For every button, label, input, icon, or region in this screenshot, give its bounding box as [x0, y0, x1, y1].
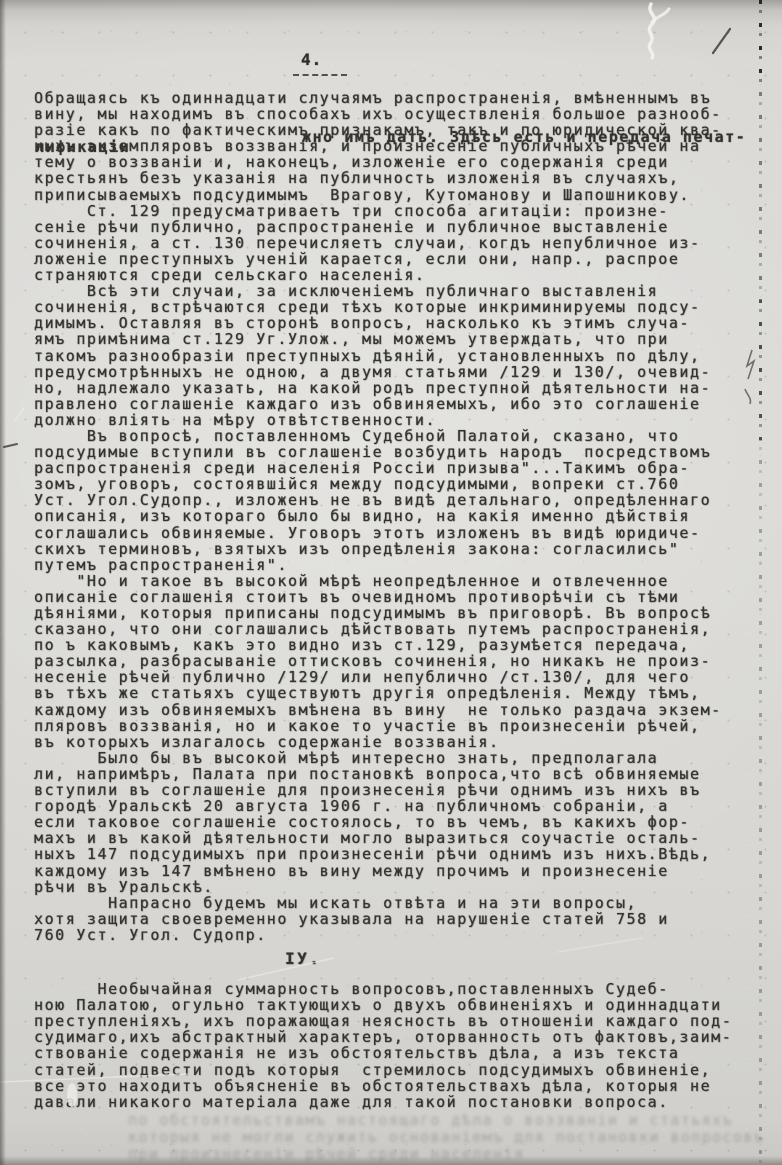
- text-line: рѣчи въ Уральскѣ.: [34, 879, 776, 895]
- text-line: ямъ примѣнима ст.129 Уг.Улож., мы можемъ…: [34, 331, 776, 347]
- text-line: подсудимые вступили въ соглашеніе возбуд…: [34, 444, 776, 460]
- text-line: скихъ терминовъ, взятыхъ изъ опредѣленія…: [34, 541, 776, 557]
- text-line: Въ вопросѣ, поставленномъ Судебной Палат…: [34, 428, 776, 444]
- text-line: Было бы въ высокой мѣрѣ интересно знать,…: [34, 750, 776, 766]
- text-line: по ъ каковымъ, какъ это видно изъ ст.129…: [34, 637, 776, 653]
- text-line: приписываемыхъ подсудимымъ Врагову, Куто…: [34, 187, 776, 203]
- text-line: распространенія среди населенія Россіи п…: [34, 460, 776, 476]
- text-line: пляровъ воззванія, но и какое то участіе…: [34, 718, 776, 734]
- text-line: каждому изъ 147 вмѣнено въ вину между пр…: [34, 863, 776, 879]
- paragraph: Ст. 129 предусматриваетъ три способа аги…: [34, 203, 776, 283]
- paragraph: Необычайная суммарность вопросовъ,постав…: [34, 981, 776, 1110]
- text-line: статей, подвести подъ которыя стремилось…: [34, 1062, 776, 1078]
- text-line: должно вліять на мѣру отвѣтственности.: [34, 412, 776, 428]
- text-line: въ тѣхъ же статьяхъ существуютъ другія о…: [34, 685, 776, 701]
- text-line: Всѣ эти случаи, за исключеніемъ публична…: [34, 283, 776, 299]
- text-line: ложеніе преступныхъ ученій карается, есл…: [34, 251, 776, 267]
- text-line: Необычайная суммарность вопросовъ,постав…: [34, 981, 776, 997]
- text-line: описанія, изъ котораго было бы видно, на…: [34, 508, 776, 524]
- pen-stroke-mark: [713, 29, 730, 53]
- paragraph: "Но и такое въ высокой мѣрѣ неопредѣленн…: [34, 573, 776, 750]
- text-line: сказано, что они соглашались дѣйствовать…: [34, 621, 776, 637]
- text-line: "Но и такое въ высокой мѣрѣ неопредѣленн…: [34, 573, 776, 589]
- text-line: соглашались обвиняемые. Уговоръ этотъ из…: [34, 525, 776, 541]
- text-line: хотя защита своевременно указывала на на…: [34, 911, 776, 927]
- paragraph: Было бы въ высокой мѣрѣ интересно знать,…: [34, 750, 776, 895]
- text-line: зомъ, уговоръ, состоявшійся между подсуд…: [34, 476, 776, 492]
- text-line: разсылка, разбрасываніе оттисковъ сочине…: [34, 653, 776, 669]
- text-line: каждому изъ обвиняемыхъ вмѣнена въ вину …: [34, 702, 776, 718]
- text-line: вступили въ соглашеніе для произнесенія …: [34, 782, 776, 798]
- text-line: Напрасно будемъ мы искать отвѣта и на эт…: [34, 895, 776, 911]
- text-line: Обращаясь къ одиннадцати случаямъ распро…: [34, 90, 776, 106]
- text-line: предусмотрѣнныхъ не одною, а двумя стать…: [34, 364, 776, 380]
- crease-mark: [649, 4, 669, 58]
- text-line: несеніе рѣчей публично /129/ или непубли…: [34, 669, 776, 685]
- paragraph: Обращаясь къ одиннадцати случаямъ распро…: [34, 90, 776, 203]
- text-line: путемъ распространенія".: [34, 557, 776, 573]
- right-edge-dotted-line: [759, 0, 762, 1165]
- text-line: ствованіе содержанія не изъ обстоятельст…: [34, 1045, 776, 1061]
- text-line: ли, напримѣръ, Палата при постановкѣ воп…: [34, 766, 776, 782]
- page-number: 4.: [301, 50, 322, 69]
- text-line: ною Палатою, огульно тактующихъ о двухъ …: [34, 997, 776, 1013]
- text-line: страняются среди сельскаго населенія.: [34, 267, 776, 283]
- text-line: сочиненія, а ст. 130 перечисляетъ случаи…: [34, 235, 776, 251]
- text-line: сеніе рѣчи публично, распространеніе и п…: [34, 219, 776, 235]
- text-line: но, надлежало указать, на какой родъ пре…: [34, 380, 776, 396]
- text-line: разіе какъ по фактическимъ признакамъ, т…: [34, 122, 776, 138]
- text-line: ІУ.: [34, 951, 776, 967]
- text-line: правлено соглашеніе каждаго изъ обвиняем…: [34, 396, 776, 412]
- typewritten-text-flow: Обращаясь къ одиннадцати случаямъ распро…: [34, 90, 776, 1110]
- text-line: описаніе соглашенія стоитъ въ очевидномъ…: [34, 589, 776, 605]
- scanned-document-page: 4. Обращаясь къ одиннадцати случаямъ рас…: [0, 0, 782, 1165]
- text-line: 760 Уст. Угол. Судопр.: [34, 927, 776, 943]
- text-line: димымъ. Оставляя въ сторонѣ вопросъ, нас…: [34, 315, 776, 331]
- text-line: давали никакого матеріала даже для такой…: [34, 1094, 776, 1110]
- text-line: ныхъ экземпляровъ воззванія, и произнесе…: [34, 138, 776, 154]
- text-line: дѣяніями, которыя приписаны подсудимымъ …: [34, 605, 776, 621]
- text-line: вину, мы находимъ въ способахъ ихъ осуще…: [34, 106, 776, 122]
- bleed-through-line: которыя не могли служить основаніемъ для…: [128, 1129, 738, 1146]
- text-line: крестьянъ безъ указанія на публичность и…: [34, 170, 776, 186]
- text-line: Ст. 129 предусматриваетъ три способа аги…: [34, 203, 776, 219]
- text-line: въ которыхъ излагалось содержаніе воззва…: [34, 734, 776, 750]
- text-line: сочиненія, встрѣчаются среди тѣхъ которы…: [34, 299, 776, 315]
- bottom-edge-shadow: [0, 1156, 782, 1165]
- text-line: махъ и въ какой дѣятельности могло выраз…: [34, 830, 776, 846]
- paragraph: Въ вопросѣ, поставленномъ Судебной Палат…: [34, 428, 776, 573]
- bleed-through-line: по обстоятельствамъ настоящаго дѣла о во…: [128, 1112, 738, 1129]
- text-line: все это находитъ объясненіе въ обстоятел…: [34, 1078, 776, 1094]
- paragraph: Всѣ эти случаи, за исключеніемъ публична…: [34, 283, 776, 428]
- left-edge-shadow: [0, 0, 6, 1165]
- scratch-mark: [14, 408, 24, 422]
- page-number-underline: [293, 74, 347, 76]
- text-line: ныхъ 147 подсудимыхъ при произнесеніи рѣ…: [34, 846, 776, 862]
- paragraph: Напрасно будемъ мы искать отвѣта и на эт…: [34, 895, 776, 943]
- text-line: преступленіяхъ, ихъ поражающая неясность…: [34, 1013, 776, 1029]
- text-line: городѣ Уральскѣ 20 августа 1906 г. на пу…: [34, 798, 776, 814]
- text-line: такомъ разнообразіи преступныхъ дѣяній, …: [34, 348, 776, 364]
- section-heading: ІУ.: [34, 951, 776, 967]
- text-line: если таковое соглашеніе состоялось, то в…: [34, 814, 776, 830]
